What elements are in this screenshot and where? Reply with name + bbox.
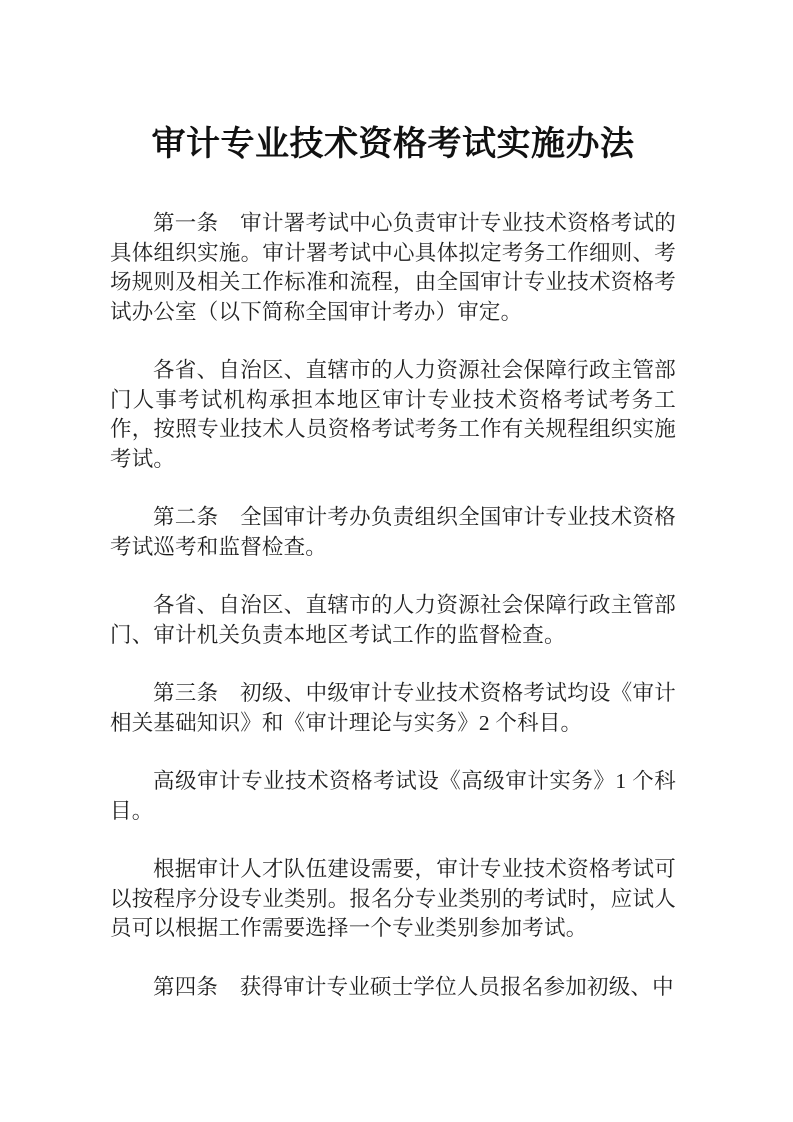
document-paragraph-1: 第一条 审计署考试中心负责审计专业技术资格考试的具体组织实施。审计署考试中心具体… (110, 209, 676, 327)
document-paragraph-3: 第二条 全国审计考办负责组织全国审计专业技术资格考试巡考和监督检查。 (110, 503, 676, 562)
document-paragraph-5: 第三条 初级、中级审计专业技术资格考试均设《审计相关基础知识》和《审计理论与实务… (110, 679, 676, 738)
document-paragraph-4: 各省、自治区、直辖市的人力资源社会保障行政主管部门、审计机关负责本地区考试工作的… (110, 591, 676, 650)
document-title: 审计专业技术资格考试实施办法 (110, 124, 676, 165)
document-paragraph-7: 根据审计人才队伍建设需要，审计专业技术资格考试可以按程序分设专业类别。报名分专业… (110, 855, 676, 944)
document-page: 审计专业技术资格考试实施办法 第一条 审计署考试中心负责审计专业技术资格考试的具… (0, 0, 793, 1122)
document-paragraph-8: 第四条 获得审计专业硕士学位人员报名参加初级、中 (110, 973, 676, 1003)
document-paragraph-2: 各省、自治区、直辖市的人力资源社会保障行政主管部门人事考试机构承担本地区审计专业… (110, 356, 676, 474)
document-paragraph-6: 高级审计专业技术资格考试设《高级审计实务》1 个科目。 (110, 767, 676, 826)
